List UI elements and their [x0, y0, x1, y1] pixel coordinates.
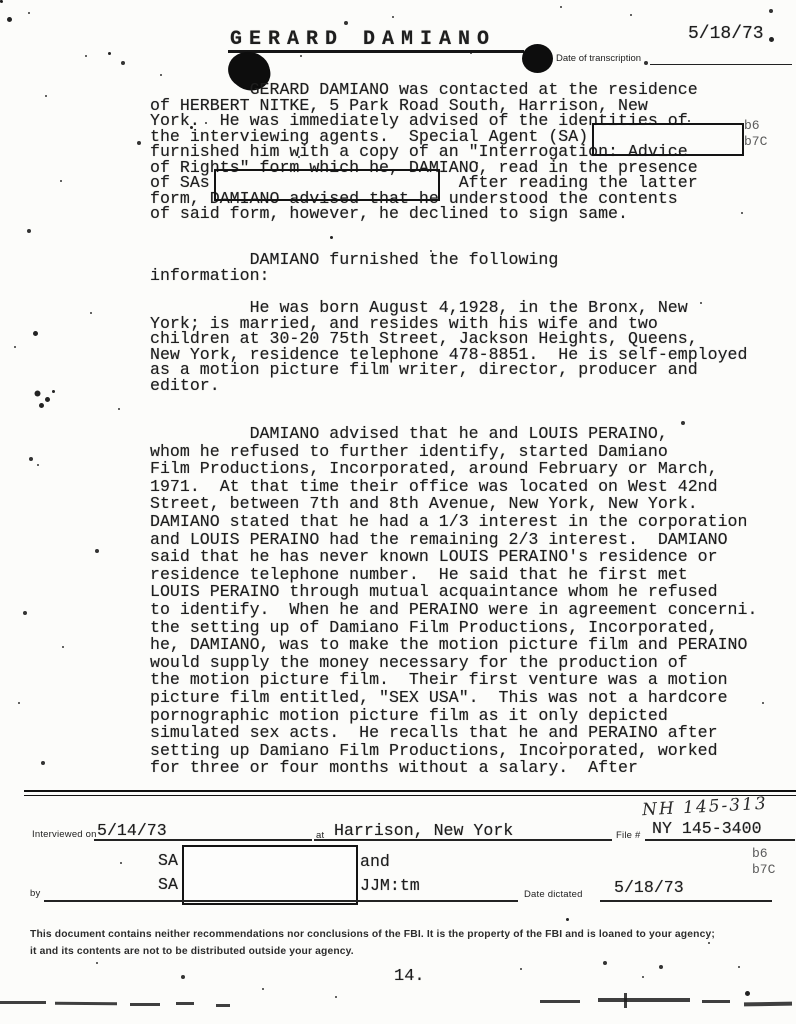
- scan-smudge: [0, 1001, 46, 1004]
- by-underline: [44, 900, 518, 902]
- date-dictated-underline: [600, 900, 772, 902]
- interviewed-on-value: 5/14/73: [97, 821, 167, 840]
- scan-smudge: [55, 1002, 117, 1005]
- date-dictated-value: 5/18/73: [614, 878, 684, 897]
- ink-blob: [522, 44, 553, 73]
- code-b7c: b7C: [752, 862, 775, 877]
- exemption-codes-bottom: b6 b7C: [752, 846, 775, 878]
- transcription-underline: [650, 64, 792, 65]
- disclaimer-line-1: This document contains neither recommend…: [30, 929, 715, 940]
- scan-smudge: [598, 998, 690, 1002]
- scan-smudge: [176, 1002, 194, 1005]
- scan-smudge: [216, 1004, 230, 1007]
- scan-noise-smudges: [0, 0, 3, 3]
- and-label: and: [360, 852, 390, 871]
- scan-smudge: [540, 1000, 580, 1003]
- file-number-label: File #: [616, 830, 640, 841]
- paragraph-3: He was born August 4,1928, in the Bronx,…: [150, 300, 747, 393]
- transcription-label: Date of transcription: [556, 53, 641, 64]
- code-b7c: b7C: [744, 134, 767, 149]
- exemption-codes-top: b6 b7C: [744, 118, 767, 150]
- transcription-date: 5/18/73: [688, 24, 764, 44]
- scan-smudge: [744, 1002, 792, 1007]
- stenographer-initials: JJM:tm: [360, 876, 420, 895]
- handwritten-file-note: NH 145-313: [642, 794, 769, 821]
- scan-smudge: [130, 1003, 160, 1006]
- sa-label-2: SA: [158, 875, 178, 894]
- interviewed-underline: [94, 839, 312, 841]
- form-divider-rule: [24, 790, 796, 796]
- by-label: by: [30, 888, 40, 899]
- scan-smudge: [702, 1000, 730, 1003]
- location-underline: [314, 839, 612, 841]
- redaction-box-sa: [592, 123, 744, 156]
- code-b6: b6: [752, 846, 768, 861]
- scan-smudge: [624, 993, 627, 1008]
- file-number-value: NY 145-3400: [652, 819, 762, 838]
- page-number: 14.: [394, 967, 425, 986]
- title-underline: [228, 50, 524, 53]
- redaction-box-agents: [182, 845, 358, 905]
- disclaimer-line-2: it and its contents are not to be distri…: [30, 946, 354, 957]
- interview-location: Harrison, New York: [334, 821, 513, 840]
- sa-label-1: SA: [158, 851, 178, 870]
- file-underline: [645, 839, 795, 841]
- redaction-box-sas: [214, 169, 440, 201]
- paragraph-4: DAMIANO advised that he and LOUIS PERAIN…: [150, 425, 757, 777]
- scanned-document-page: GERARD DAMIANO 5/18/73 Date of transcrip…: [0, 0, 796, 1024]
- interviewed-on-label: Interviewed on: [32, 829, 97, 840]
- paragraph-2: DAMIANO furnished the following informat…: [150, 252, 558, 283]
- page-title: GERARD DAMIANO: [230, 28, 496, 51]
- code-b6: b6: [744, 118, 760, 133]
- date-dictated-label: Date dictated: [524, 889, 583, 900]
